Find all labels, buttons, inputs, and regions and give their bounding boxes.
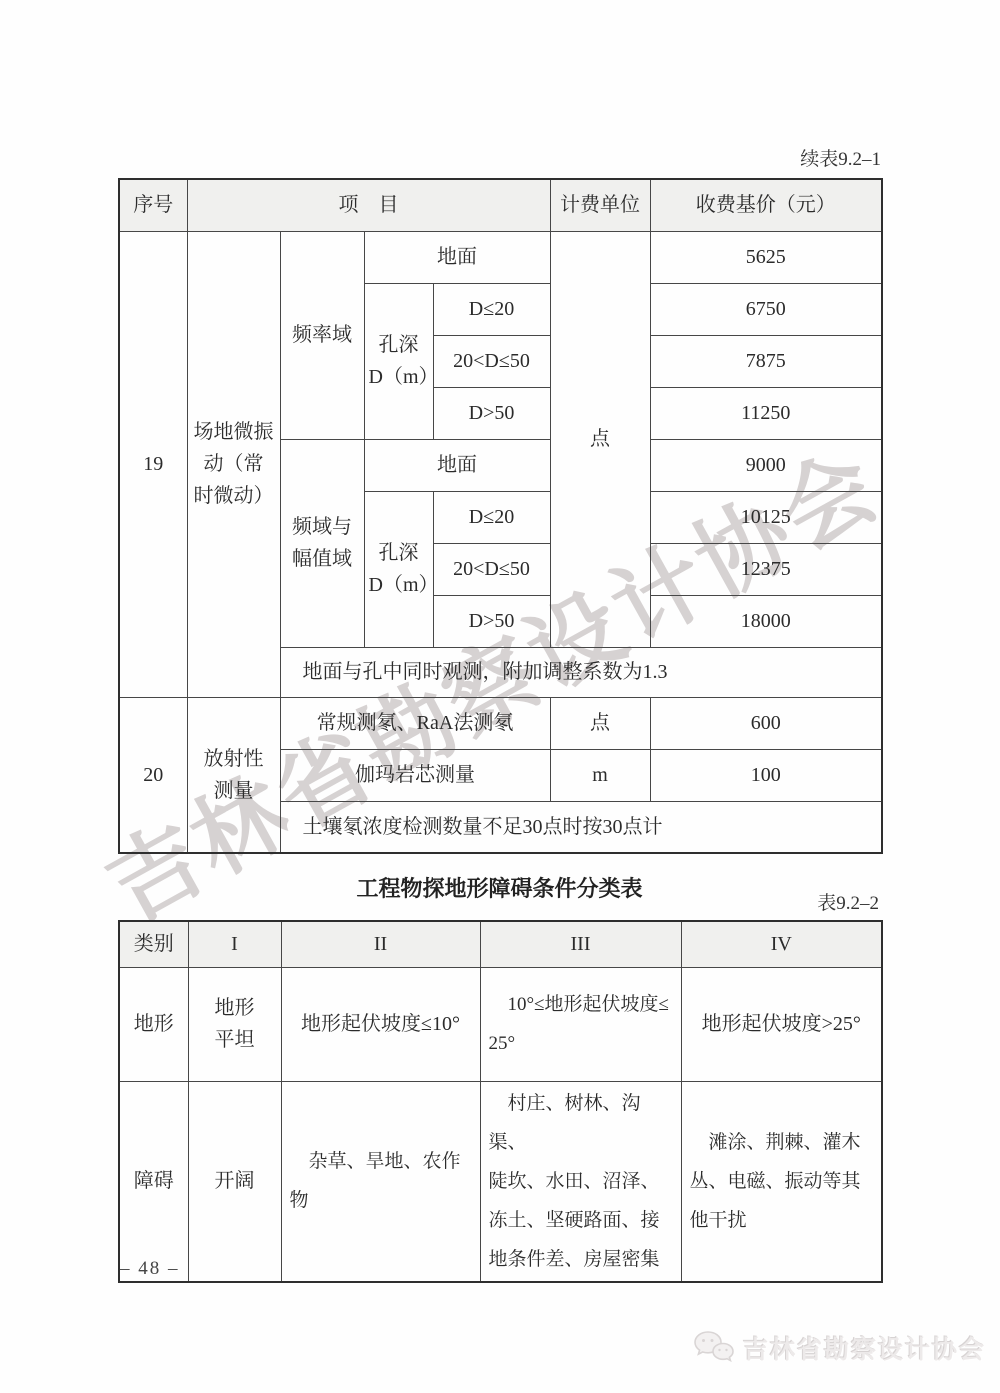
surface-label: 地面 (364, 231, 550, 283)
class-table-number: 表9.2–2 (817, 888, 879, 915)
unit-cell: m (550, 749, 650, 801)
category-20: 放射性 测量 (187, 697, 280, 853)
item-name: 伽玛岩芯测量 (280, 749, 550, 801)
depth-range: 20<D≤50 (433, 335, 550, 387)
unit-cell: 点 (550, 697, 650, 749)
header-item: 项 目 (187, 179, 550, 231)
table-row: 20 放射性 测量 常规测氡、RaA法测氡 点 600 (119, 697, 882, 749)
header-seq: 序号 (119, 179, 187, 231)
terrain-class-2: 地形起伏坡度≤10° (281, 967, 480, 1081)
document-page: 吉林省勘察设计协会 续表9.2–1 序号 项 目 计费单位 收费基价（元） 19 (0, 0, 1000, 1393)
price-cell: 100 (650, 749, 882, 801)
price-cell: 10125 (650, 491, 882, 543)
item-name: 常规测氡、RaA法测氡 (280, 697, 550, 749)
surface-label: 地面 (364, 439, 550, 491)
page-number: – 48 – (120, 1258, 180, 1280)
unit-point: 点 (550, 231, 650, 647)
obstacle-class-3: 村庄、树林、沟渠、 陡坎、水田、沼泽、 冻土、坚硬路面、接 地条件差、房屋密集 (480, 1081, 681, 1282)
continued-table-label: 续表9.2–1 (800, 144, 881, 171)
footer-brand: 吉林省勘察设计协会 (693, 1330, 986, 1366)
header-class-1: I (188, 921, 281, 967)
price-cell: 600 (650, 697, 882, 749)
price-cell: 6750 (650, 283, 882, 335)
price-cell: 7875 (650, 335, 882, 387)
price-cell: 5625 (650, 231, 882, 283)
obstacle-class-2: 杂草、旱地、农作 物 (281, 1081, 480, 1282)
header-class-3: III (480, 921, 681, 967)
depth-range: D>50 (433, 387, 550, 439)
header-class-4: IV (681, 921, 882, 967)
table-row-terrain: 地形 地形 平坦 地形起伏坡度≤10° 10°≤地形起伏坡度≤ 25° 地形起伏… (119, 967, 882, 1081)
obstacle-class-4: 滩涂、荆棘、灌木 丛、电磁、振动等其 他干扰 (681, 1081, 882, 1282)
hole-depth-label: 孔深 D（m） (364, 283, 433, 439)
domain-freq-amplitude: 频域与 幅值域 (280, 439, 364, 647)
terrain-class-1: 地形 平坦 (188, 967, 281, 1081)
depth-range: 20<D≤50 (433, 543, 550, 595)
header-category: 类别 (119, 921, 188, 967)
table-row: 19 场地微振 动（常 时微动） 频率域 地面 点 5625 (119, 231, 882, 283)
category-19: 场地微振 动（常 时微动） (187, 231, 280, 697)
row-category: 障碍 (119, 1081, 188, 1282)
depth-range: D≤20 (433, 491, 550, 543)
class-table: 类别 I II III IV 地形 地形 平坦 地形起伏坡度≤10° 10°≤地… (118, 920, 883, 1283)
price-cell: 18000 (650, 595, 882, 647)
seq-20: 20 (119, 697, 187, 853)
header-class-2: II (281, 921, 480, 967)
hole-depth-label: 孔深 D（m） (364, 491, 433, 647)
header-base-price: 收费基价（元） (650, 179, 882, 231)
depth-range: D>50 (433, 595, 550, 647)
price-cell: 12375 (650, 543, 882, 595)
wechat-logo-icon (693, 1330, 735, 1366)
table-row-obstacle: 障碍 开阔 杂草、旱地、农作 物 村庄、树林、沟渠、 陡坎、水田、沼泽、 冻土、… (119, 1081, 882, 1282)
domain-frequency: 频率域 (280, 231, 364, 439)
class-table-header-row: 类别 I II III IV (119, 921, 882, 967)
row-category: 地形 (119, 967, 188, 1081)
note-20: 土壤氡浓度检测数量不足30点时按30点计 (280, 801, 882, 853)
header-unit: 计费单位 (550, 179, 650, 231)
class-table-titlebar: 工程物探地形障碍条件分类表 表9.2–2 (118, 870, 881, 916)
seq-19: 19 (119, 231, 187, 697)
class-table-title: 工程物探地形障碍条件分类表 (118, 870, 881, 908)
terrain-class-4: 地形起伏坡度>25° (681, 967, 882, 1081)
depth-range: D≤20 (433, 283, 550, 335)
note-19: 地面与孔中同时观测，附加调整系数为1.3 (280, 647, 882, 697)
fee-table: 序号 项 目 计费单位 收费基价（元） 19 场地微振 动（常 时微动） 频率域… (118, 178, 883, 854)
price-cell: 11250 (650, 387, 882, 439)
price-cell: 9000 (650, 439, 882, 491)
terrain-class-3: 10°≤地形起伏坡度≤ 25° (480, 967, 681, 1081)
footer-brand-text: 吉林省勘察设计协会 (743, 1330, 986, 1366)
obstacle-class-1: 开阔 (188, 1081, 281, 1282)
fee-table-header-row: 序号 项 目 计费单位 收费基价（元） (119, 179, 882, 231)
